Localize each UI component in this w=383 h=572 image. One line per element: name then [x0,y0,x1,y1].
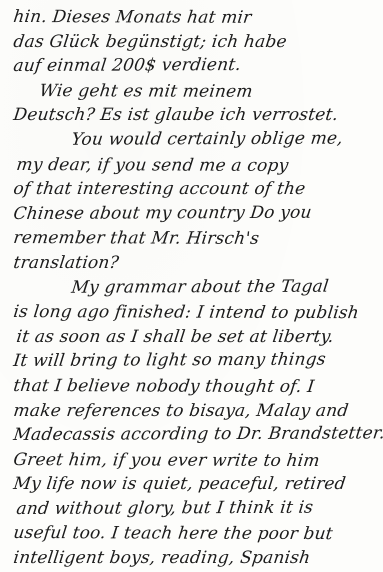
letter-line-15: It will bring to light so many things [12,348,382,374]
letter-line-13: is long ago finished: I intend to publis… [12,300,382,326]
letter-line-22: useful too. I teach here the poor but [12,521,382,547]
letter-line-19: Greet him, if you ever write to him [12,448,382,474]
letter-line-7: my dear, if you send me a copy [15,153,382,179]
letter-line-12: My grammar about the Tagal [12,274,382,300]
letter-line-6: You would certainly oblige me, [12,126,382,152]
letter-line-17: make references to bisaya, Malay and [12,399,382,424]
letter-line-8: of that interesting account of the [12,177,382,202]
letter-line-4: Wie geht es mit meinem [12,79,382,105]
letter-line-9: Chinese about my country Do you [12,200,382,226]
letter-line-16: that I believe nobody thought of. I [12,374,382,400]
letter-line-23: intelligent boys, reading, Spanish [12,546,382,571]
letter-line-2: das Glück begünstigt; ich habe [12,30,382,55]
letter-line-14: it as soon as I shall be set at liberty. [15,325,382,350]
letter-line-3: auf einmal 200$ verdient. [12,53,382,79]
manuscript-page: hin. Dieses Monats hat mir das Glück beg… [0,0,383,572]
letter-line-10: remember that Mr. Hirsch's [12,226,382,252]
letter-line-21: and without glory, but I think it is [15,495,382,521]
letter-line-18: Madecassis according to Dr. Brandstetter… [12,421,382,447]
letter-line-11: translation? [12,251,382,276]
letter-line-20: My life now is quiet, peaceful, retired [12,472,382,497]
letter-line-5: Deutsch? Es ist glaube ich verrostet. [12,103,382,128]
letter-line-1: hin. Dieses Monats hat mir [12,5,382,31]
